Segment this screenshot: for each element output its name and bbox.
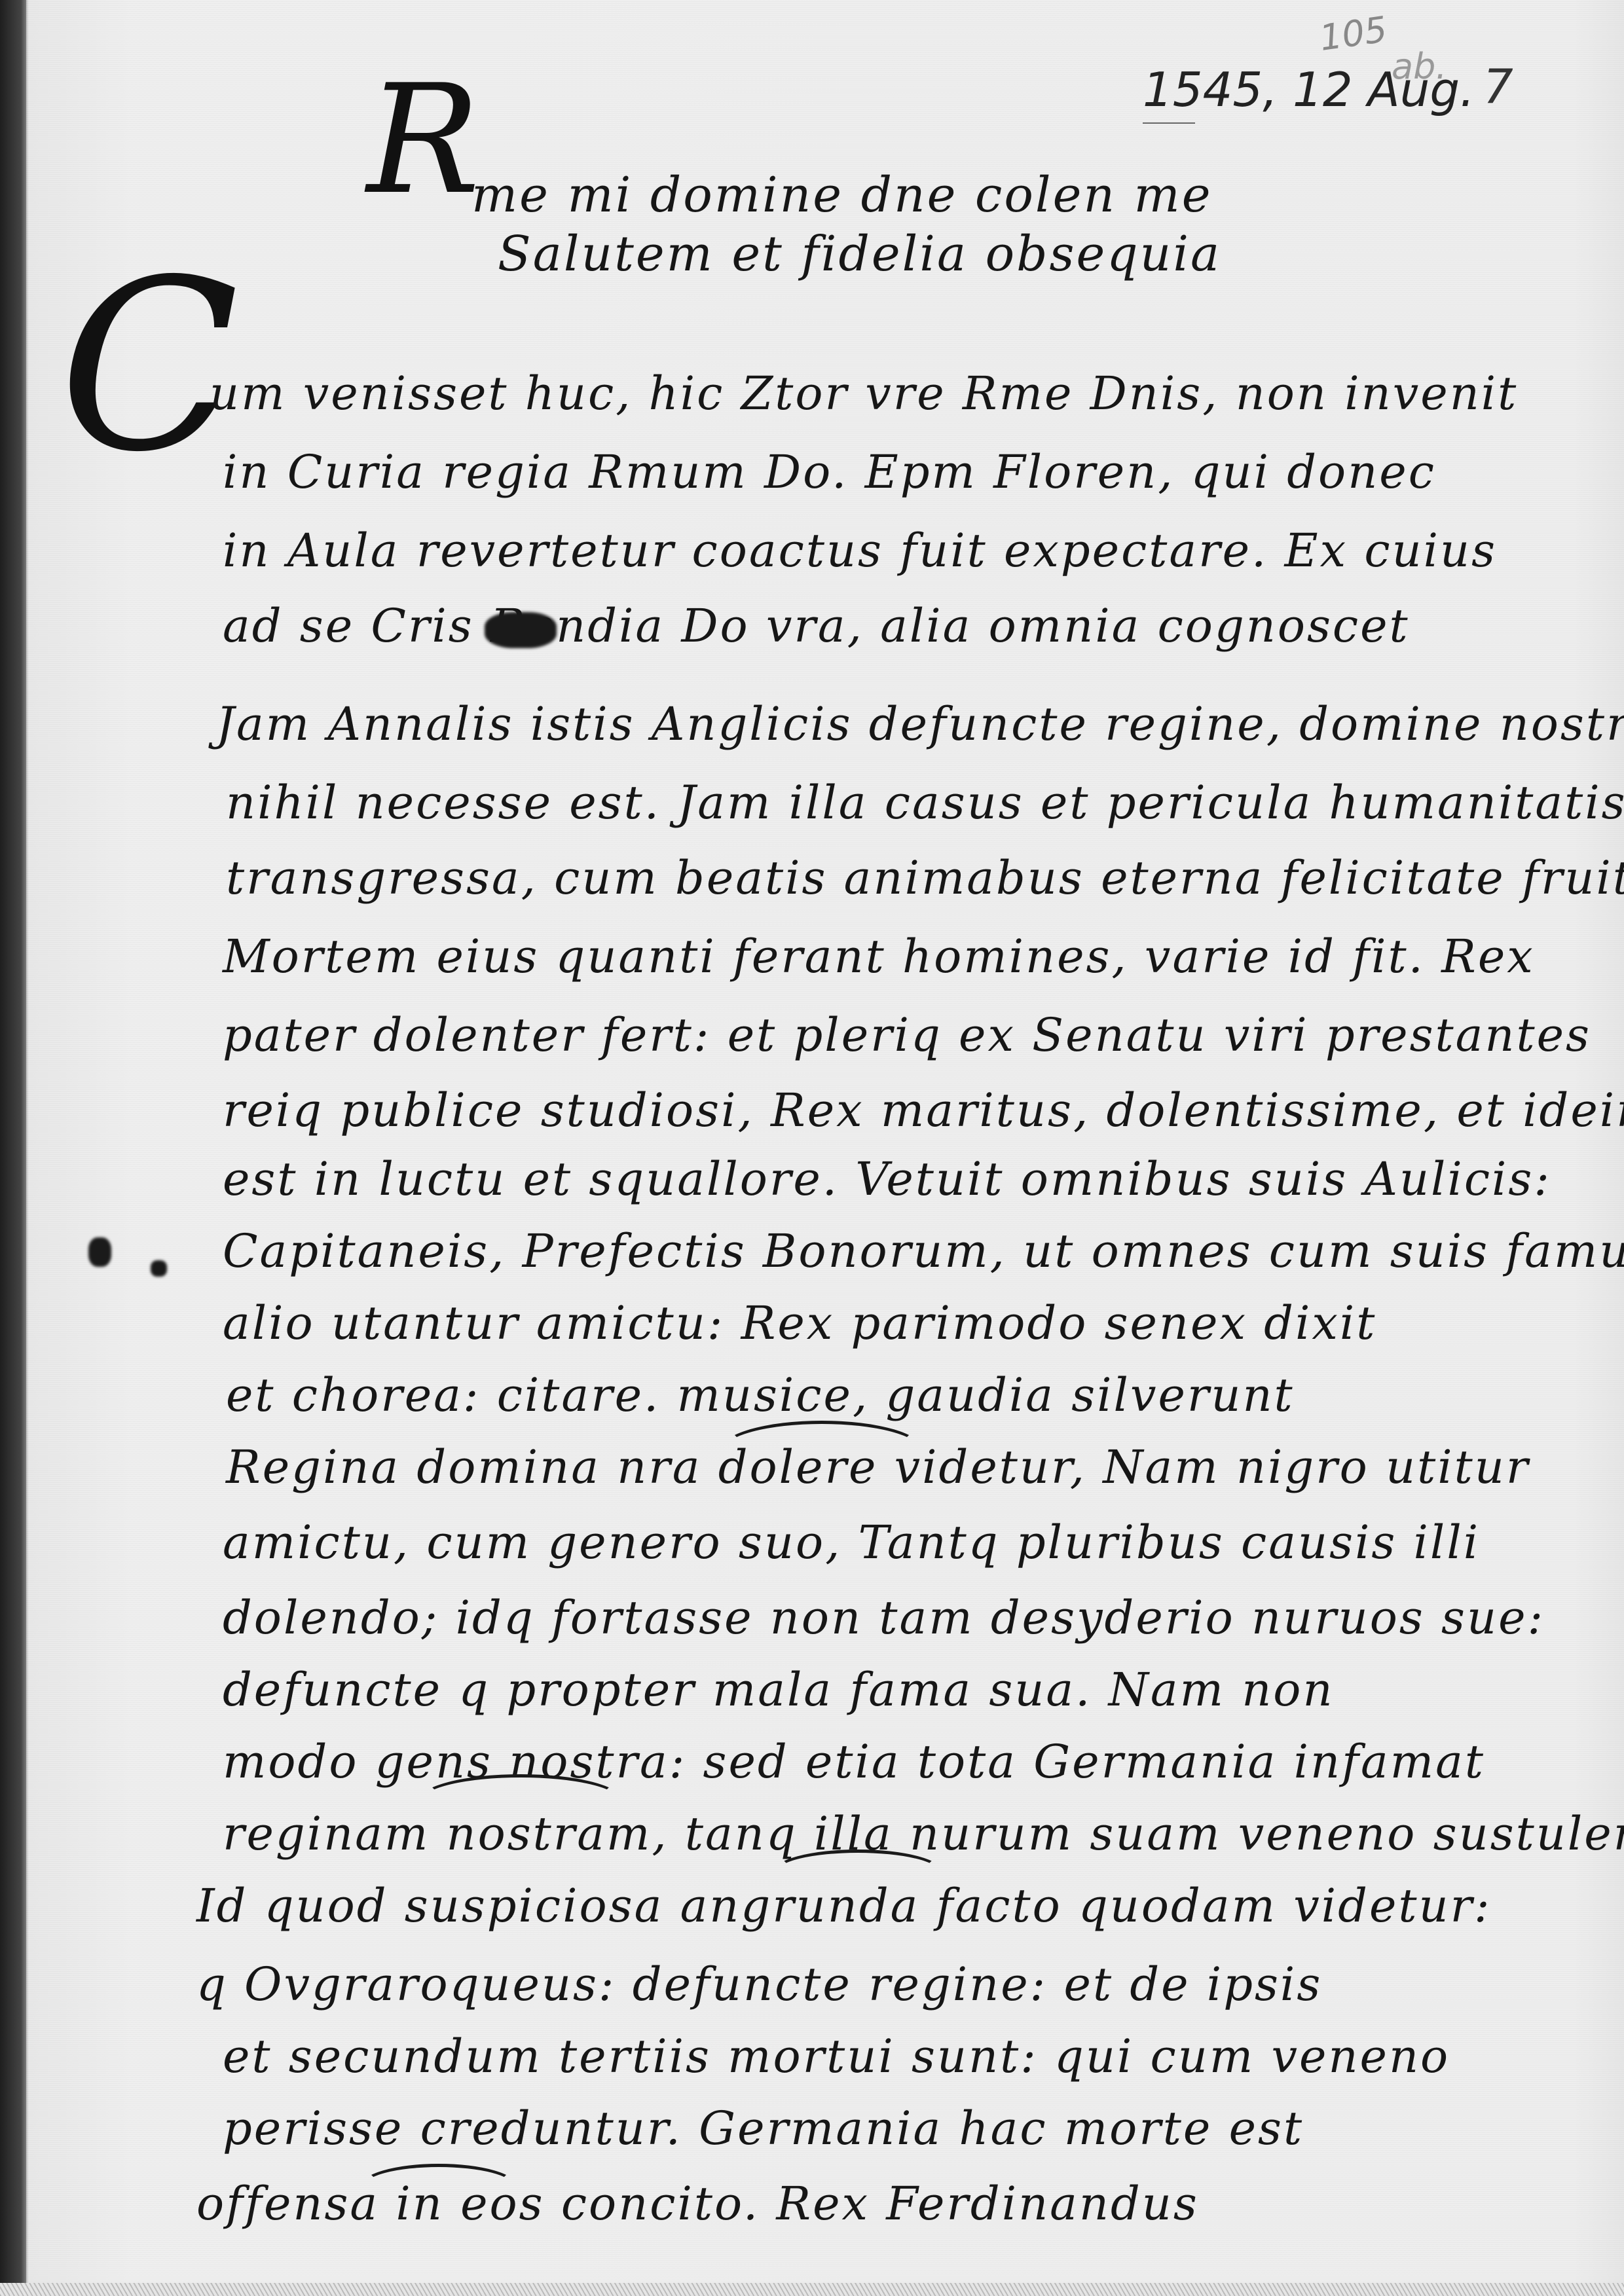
abbreviation-flourish [419, 1774, 622, 1827]
archival-annotation: 105 1545, 12 Aug. ab. 7 [1143, 0, 1601, 131]
archival-ref: ab. [1392, 46, 1447, 87]
text-line-17: dolendo; idq fortasse non tam desyderio … [223, 1591, 1545, 1645]
text-line-1: um venisset huc, hic Ztor vre Rme Dnis, … [210, 367, 1518, 420]
text-line-25: offensa in eos concito. Rex Ferdinandus [196, 2177, 1199, 2231]
margin-ink-blot [88, 1237, 111, 1267]
text-line-23: et secundum tertiis mortui sunt: qui cum… [223, 2030, 1450, 2083]
abbreviation-flourish [720, 1421, 923, 1480]
abbreviation-flourish [360, 2164, 517, 2210]
archival-number: 7 [1483, 59, 1513, 114]
text-line-9: pater dolenter fert: et pleriq ex Senatu… [223, 1008, 1591, 1062]
text-line-13: alio utantur amictu: Rex parimodo senex … [223, 1296, 1376, 1350]
text-line-18: defuncte q propter mala fama sua. Nam no… [223, 1663, 1335, 1717]
text-line-12: Capitaneis, Prefectis Bonorum, ut omnes … [223, 1224, 1624, 1278]
margin-ink-blot [151, 1260, 167, 1277]
text-line-24: perisse creduntur. Germania hac morte es… [223, 2102, 1304, 2155]
salutation-initial-R: R [367, 65, 480, 216]
scan-margin-shadow [0, 0, 26, 2296]
ink-blot [485, 612, 557, 648]
folio-number: 105 [1317, 9, 1390, 59]
salutation-line-2: Salutem et fidelia obsequia [498, 226, 1221, 282]
text-line-14: et chorea: citare. musice, gaudia silver… [226, 1368, 1295, 1422]
text-line-19: modo gens nostra: sed etia tota Germania… [223, 1735, 1485, 1789]
text-line-7: transgressa, cum beatis animabus eterna … [226, 851, 1624, 905]
scan-bottom-edge [0, 2283, 1624, 2296]
text-line-2: in Curia regia Rmum Do. Epm Floren, qui … [223, 445, 1436, 499]
manuscript-page: 105 1545, 12 Aug. ab. 7 R me mi domine d… [0, 0, 1624, 2296]
text-line-10: reiq publice studiosi, Rex maritus, dole… [223, 1084, 1624, 1137]
text-line-16: amictu, cum genero suo, Tantq pluribus c… [223, 1516, 1480, 1569]
text-line-6: nihil necesse est. Jam illa casus et per… [226, 776, 1624, 829]
text-line-5: Jam Annalis istis Anglicis defuncte regi… [216, 697, 1624, 751]
text-line-8: Mortem eius quanti ferant homines, varie… [223, 930, 1535, 983]
text-line-22: q Ovgraroqueus: defuncte regine: et de i… [196, 1958, 1322, 2011]
text-line-11: est in luctu et squallore. Vetuit omnibu… [223, 1152, 1551, 1206]
salutation-line-1: me mi domine dne colen me [471, 167, 1213, 223]
text-line-20: reginam nostram, tanq illa nurum suam ve… [223, 1807, 1624, 1861]
text-line-4: ad se Cris Rendia Do vra, alia omnia cog… [223, 599, 1410, 653]
abbreviation-flourish [773, 1850, 943, 1895]
text-line-3: in Aula revertetur coactus fuit expectar… [223, 524, 1497, 577]
